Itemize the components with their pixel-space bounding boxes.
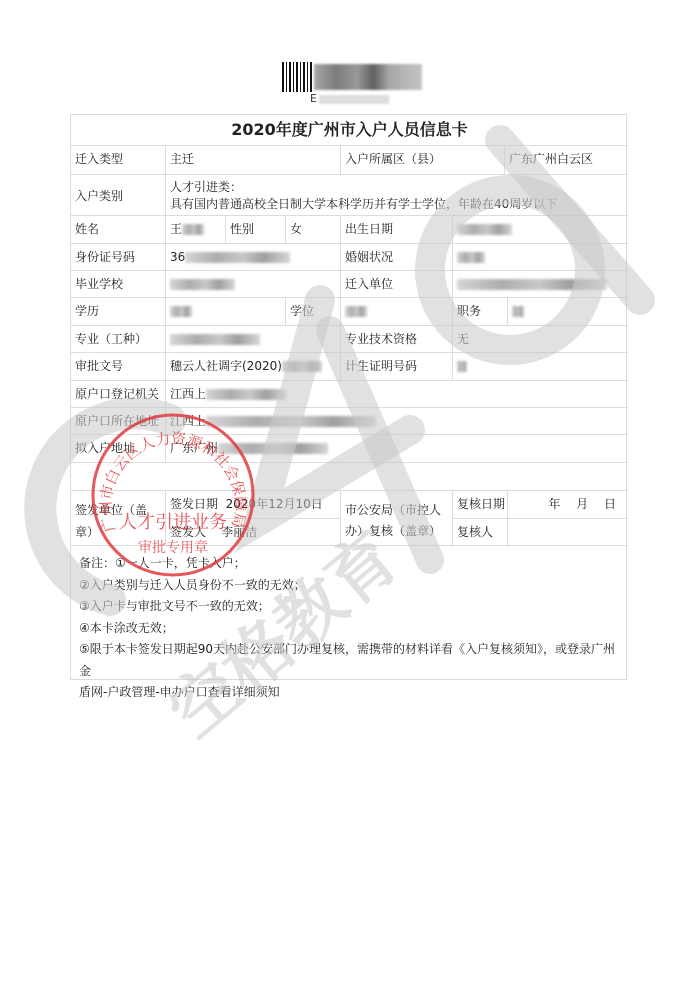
id-redacted [185,252,290,263]
marital-value [453,244,628,271]
note-2: ②入户类别与迁入人员身份不一致的无效； [79,575,619,597]
reviewer-label: 复核人 [453,519,508,546]
id-value: 36 [166,244,341,271]
notes: 备注：①一人一卡，凭卡入户； ②入户类别与迁入人员身份不一致的无效； ③入户卡与… [79,553,619,704]
empty-row [71,463,628,491]
orig-address-value: 江西上 [166,408,628,435]
barcode-number: E [310,92,389,105]
unit-label: 迁入单位 [341,271,453,298]
gender-label: 性别 [226,216,286,244]
name-surname: 王 [170,222,182,236]
id-prefix: 36 [170,250,185,264]
category-line1: 人才引进类： [170,179,624,196]
target-address-redacted [218,443,328,454]
note-1: 备注：①一人一卡，凭卡入户； [79,553,619,575]
target-address-value: 广东广州 [166,435,628,463]
family-plan-value [453,353,628,381]
issue-date-label: 签发日期 [170,497,218,511]
target-address-prefix: 广东广州 [170,441,218,455]
note-3: ③入户卡与审批文号不一致的无效； [79,596,619,618]
id-label: 身份证号码 [71,244,166,271]
category-value: 人才引进类： 具有国内普通高校全日制大学本科学历并有学士学位，年龄在40周岁以下 [166,175,628,216]
orig-authority-label: 原户口登记机关 [71,381,166,408]
qualification-value: 无 [453,326,628,353]
issuer-person: 签发人 李丽洁 [166,519,341,546]
barcode [282,62,422,92]
degree-value [341,298,453,326]
orig-address-label: 原户口所在地址 [71,408,166,435]
district-value: 广东广州白云区 [505,146,628,175]
position-label: 职务 [453,298,508,326]
unit-redacted [457,279,607,290]
review-date-label: 复核日期 [453,491,508,519]
barcode-prefix: E [310,92,317,105]
issue-date-value: 2020年12月10日 [226,497,323,511]
orig-authority-redacted [206,389,286,400]
barcode-redacted [314,64,422,90]
education-value [166,298,286,326]
orig-authority-value: 江西上 [166,381,628,408]
name-value: 王 [166,216,226,244]
note-4: ④本卡涂改无效； [79,618,619,640]
degree-label: 学位 [286,298,341,326]
orig-address-prefix: 江西上 [170,414,206,428]
education-label: 学历 [71,298,166,326]
note-5: ⑤限于本卡签发日期起90天内赴公安部门办理复核，需携带的材料详看《入户复核须知》… [79,639,619,682]
issuer-label: 签发单位（盖章） [71,491,166,546]
education-redacted [170,306,192,317]
info-card: 2020年度广州市入户人员信息卡 迁入类型 主迁 入户所属区（县） 广东广州白云… [70,114,627,680]
name-redacted [182,224,204,235]
orig-address-redacted [206,416,376,427]
school-redacted [170,279,235,290]
issue-date: 签发日期 2020年12月10日 [166,491,341,519]
birth-label: 出生日期 [341,216,453,244]
marital-label: 婚姻状况 [341,244,453,271]
major-label: 专业（工种） [71,326,166,353]
reviewer-value [508,519,628,546]
gender-value: 女 [286,216,341,244]
approval-label: 审批文号 [71,353,166,381]
category-label: 入户类别 [71,175,166,216]
approval-redacted [282,361,322,372]
position-value [508,298,628,326]
review-date-value: 年 月 日 [508,491,628,519]
barcode-number-redacted [319,95,389,104]
major-value [166,326,341,353]
unit-value [453,271,628,298]
qualification-label: 专业技术资格 [341,326,453,353]
school-value [166,271,341,298]
approval-prefix: 穗云人社调字(2020) [170,359,282,373]
marital-redacted [457,252,485,263]
name-label: 姓名 [71,216,166,244]
birth-redacted [457,224,512,235]
card-title: 2020年度广州市入户人员信息卡 [71,115,628,146]
birth-value [453,216,628,244]
family-plan-redacted [457,361,467,372]
major-redacted [170,334,260,345]
target-address-label: 拟入户地址 [71,435,166,463]
approval-value: 穗云人社调字(2020) [166,353,341,381]
issuer-person-label: 签发人 [170,525,206,539]
school-label: 毕业学校 [71,271,166,298]
issuer-person-value: 李丽洁 [221,525,257,539]
move-type-label: 迁入类型 [71,146,166,175]
position-redacted [512,306,524,317]
degree-redacted [345,306,367,317]
police-review-label: 市公安局（市控人办）复核（盖章） [341,491,453,546]
orig-authority-prefix: 江西上 [170,387,206,401]
district-label: 入户所属区（县） [341,146,505,175]
barcode-bars [282,62,314,92]
family-plan-label: 计生证明号码 [341,353,453,381]
category-line2: 具有国内普通高校全日制大学本科学历并有学士学位，年龄在40周岁以下 [170,196,624,213]
move-type-value: 主迁 [166,146,341,175]
note-6: 盾网-户政管理-申办户口查看详细须知 [79,682,619,704]
